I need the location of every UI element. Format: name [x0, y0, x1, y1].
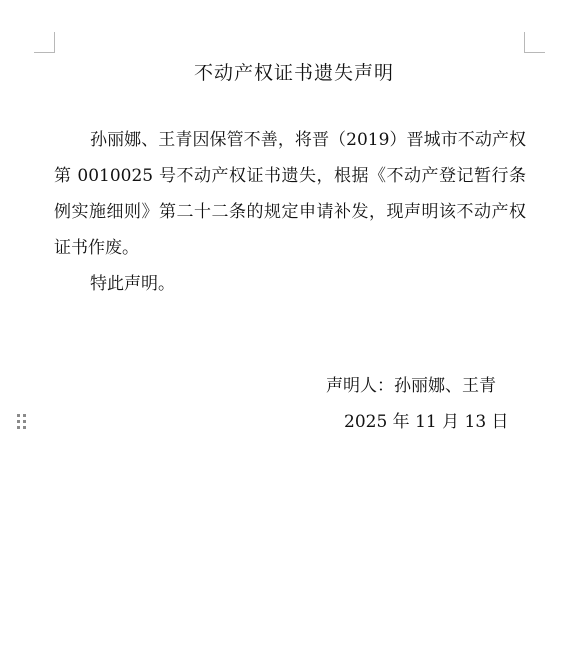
drag-dot: [23, 414, 26, 417]
document-title: 不动产权证书遗失声明: [0, 58, 588, 85]
drag-dot: [17, 420, 20, 423]
top-left-margin-mark: [34, 32, 55, 53]
body-paragraph: 特此声明。: [54, 266, 526, 302]
drag-dot: [17, 414, 20, 417]
top-right-margin-mark: [524, 32, 545, 53]
signature-line: 声明人：孙丽娜、王青: [326, 374, 496, 398]
drag-dot: [17, 426, 20, 429]
drag-handle-icon[interactable]: [17, 414, 27, 430]
date-line: 2025 年 11 月 13 日: [344, 410, 509, 434]
drag-dot: [23, 426, 26, 429]
document-body: 孙丽娜、王青因保管不善，将晋（2019）晋城市不动产权第 0010025 号不动…: [54, 122, 526, 302]
body-paragraph: 孙丽娜、王青因保管不善，将晋（2019）晋城市不动产权第 0010025 号不动…: [54, 122, 526, 266]
drag-dot: [23, 420, 26, 423]
